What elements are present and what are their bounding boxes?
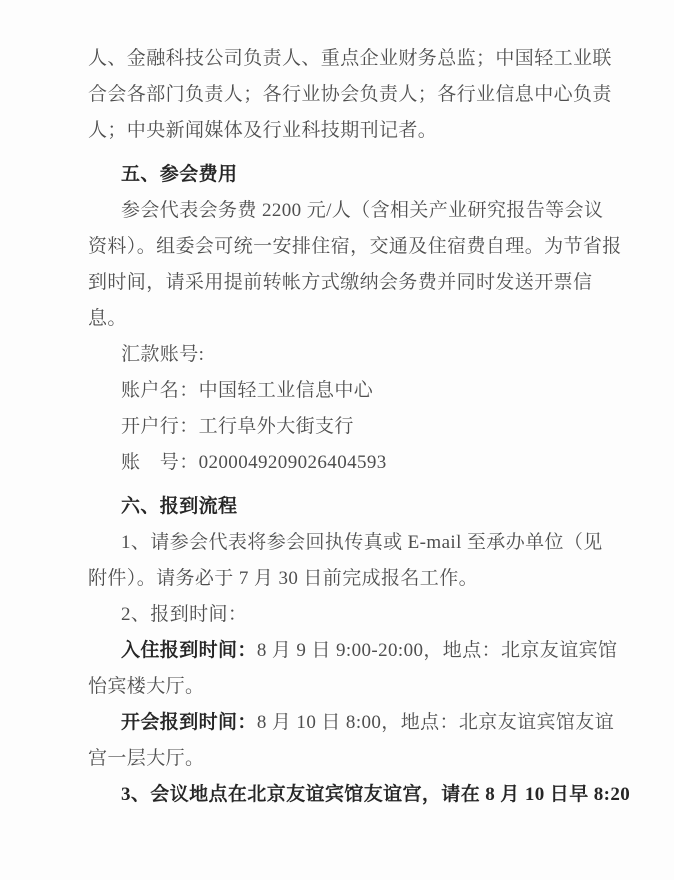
body-text: 2、报到时间：: [121, 604, 247, 625]
paragraph-hotel-checkin-time: 入住报到时间：8 月 9 日 9:00-20:00，地点：北京友谊宾馆怡宾楼大厅…: [88, 633, 594, 705]
document-page: 人、金融科技公司负责人、重点企业财务总监；中国轻工业联合会各部门负责人；各行业协…: [0, 0, 674, 880]
body-text: 8 月 10 日 8:00，地点：北京友谊宾馆友谊: [257, 712, 614, 733]
body-text: 资料）。组委会可统一安排住宿，交通及住宿费自理。为节省报: [88, 236, 622, 257]
text-line: 资料）。组委会可统一安排住宿，交通及住宿费自理。为节省报: [88, 229, 594, 265]
body-text: 人；中央新闻媒体及行业科技期刊记者。: [88, 120, 437, 141]
paragraph-checkin-heading: 2、报到时间：: [88, 597, 594, 633]
text-line: 附件）。请务必于 7 月 30 日前完成报名工作。: [88, 561, 594, 597]
text-line: 汇款账号:: [88, 337, 594, 373]
document-content: 人、金融科技公司负责人、重点企业财务总监；中国轻工业联合会各部门负责人；各行业协…: [88, 41, 594, 813]
body-text: 1、请参会代表将参会回执传真或 E-mail 至承办单位（见: [121, 532, 603, 553]
text-line: 开会报到时间：8 月 10 日 8:00，地点：北京友谊宾馆友谊: [88, 705, 594, 741]
paragraph-attendees-continued: 人、金融科技公司负责人、重点企业财务总监；中国轻工业联合会各部门负责人；各行业协…: [88, 41, 594, 149]
text-line: 宫一层大厅。: [88, 741, 594, 777]
body-text: 账 号：0200049209026404593: [121, 452, 387, 473]
body-text: 账户名：中国轻工业信息中心: [121, 380, 373, 401]
body-text: 人、金融科技公司负责人、重点企业财务总监；中国轻工业联: [88, 48, 612, 69]
paragraph-fees: 参会代表会务费 2200 元/人（含相关产业研究报告等会议资料）。组委会可统一安…: [88, 193, 594, 337]
paragraph-meeting-checkin-time: 开会报到时间：8 月 10 日 8:00，地点：北京友谊宾馆友谊宫一层大厅。: [88, 705, 594, 777]
remittance-details: 汇款账号:账户名：中国轻工业信息中心开户行：工行阜外大街支行账 号：020004…: [88, 337, 594, 481]
text-line: 到时间，请采用提前转帐方式缴纳会务费并同时发送开票信: [88, 265, 594, 301]
text-line: 人；中央新闻媒体及行业科技期刊记者。: [88, 113, 594, 149]
text-line: 合会各部门负责人；各行业协会负责人；各行业信息中心负责: [88, 77, 594, 113]
bold-text: 开会报到时间：: [121, 712, 257, 733]
body-text: 参会代表会务费 2200 元/人（含相关产业研究报告等会议: [121, 200, 603, 221]
text-line: 五、参会费用: [88, 157, 594, 193]
text-line: 2、报到时间：: [88, 597, 594, 633]
text-line: 六、报到流程: [88, 489, 594, 525]
body-text: 附件）。请务必于 7 月 30 日前完成报名工作。: [88, 568, 478, 589]
text-line: 息。: [88, 301, 594, 337]
body-text: 汇款账号:: [121, 344, 204, 365]
text-line: 账 号：0200049209026404593: [88, 445, 594, 481]
body-text: 8 月 9 日 9:00-20:00，地点：北京友谊宾馆: [257, 640, 618, 661]
bold-text: 六、报到流程: [121, 496, 237, 517]
bold-text: 五、参会费用: [121, 164, 237, 185]
paragraph-venue: 3、会议地点在北京友谊宾馆友谊宫，请在 8 月 10 日早 8:20: [88, 777, 594, 813]
body-text: 开户行：工行阜外大街支行: [121, 416, 354, 437]
text-line: 账户名：中国轻工业信息中心: [88, 373, 594, 409]
body-text: 宫一层大厅。: [88, 748, 204, 769]
text-line: 3、会议地点在北京友谊宾馆友谊宫，请在 8 月 10 日早 8:20: [88, 777, 594, 813]
bold-text: 3、会议地点在北京友谊宾馆友谊宫，请在 8 月 10 日早 8:20: [121, 784, 630, 805]
paragraph-registration-reply: 1、请参会代表将参会回执传真或 E-mail 至承办单位（见附件）。请务必于 7…: [88, 525, 594, 597]
text-line: 入住报到时间：8 月 9 日 9:00-20:00，地点：北京友谊宾馆: [88, 633, 594, 669]
heading-section-6: 六、报到流程: [88, 489, 594, 525]
text-line: 开户行：工行阜外大街支行: [88, 409, 594, 445]
body-text: 到时间，请采用提前转帐方式缴纳会务费并同时发送开票信: [88, 272, 592, 293]
body-text: 息。: [88, 308, 127, 329]
body-text: 怡宾楼大厅。: [88, 676, 204, 697]
bold-text: 入住报到时间：: [121, 640, 257, 661]
body-text: 合会各部门负责人；各行业协会负责人；各行业信息中心负责: [88, 84, 612, 105]
text-line: 参会代表会务费 2200 元/人（含相关产业研究报告等会议: [88, 193, 594, 229]
text-line: 1、请参会代表将参会回执传真或 E-mail 至承办单位（见: [88, 525, 594, 561]
text-line: 怡宾楼大厅。: [88, 669, 594, 705]
heading-section-5: 五、参会费用: [88, 157, 594, 193]
text-line: 人、金融科技公司负责人、重点企业财务总监；中国轻工业联: [88, 41, 594, 77]
